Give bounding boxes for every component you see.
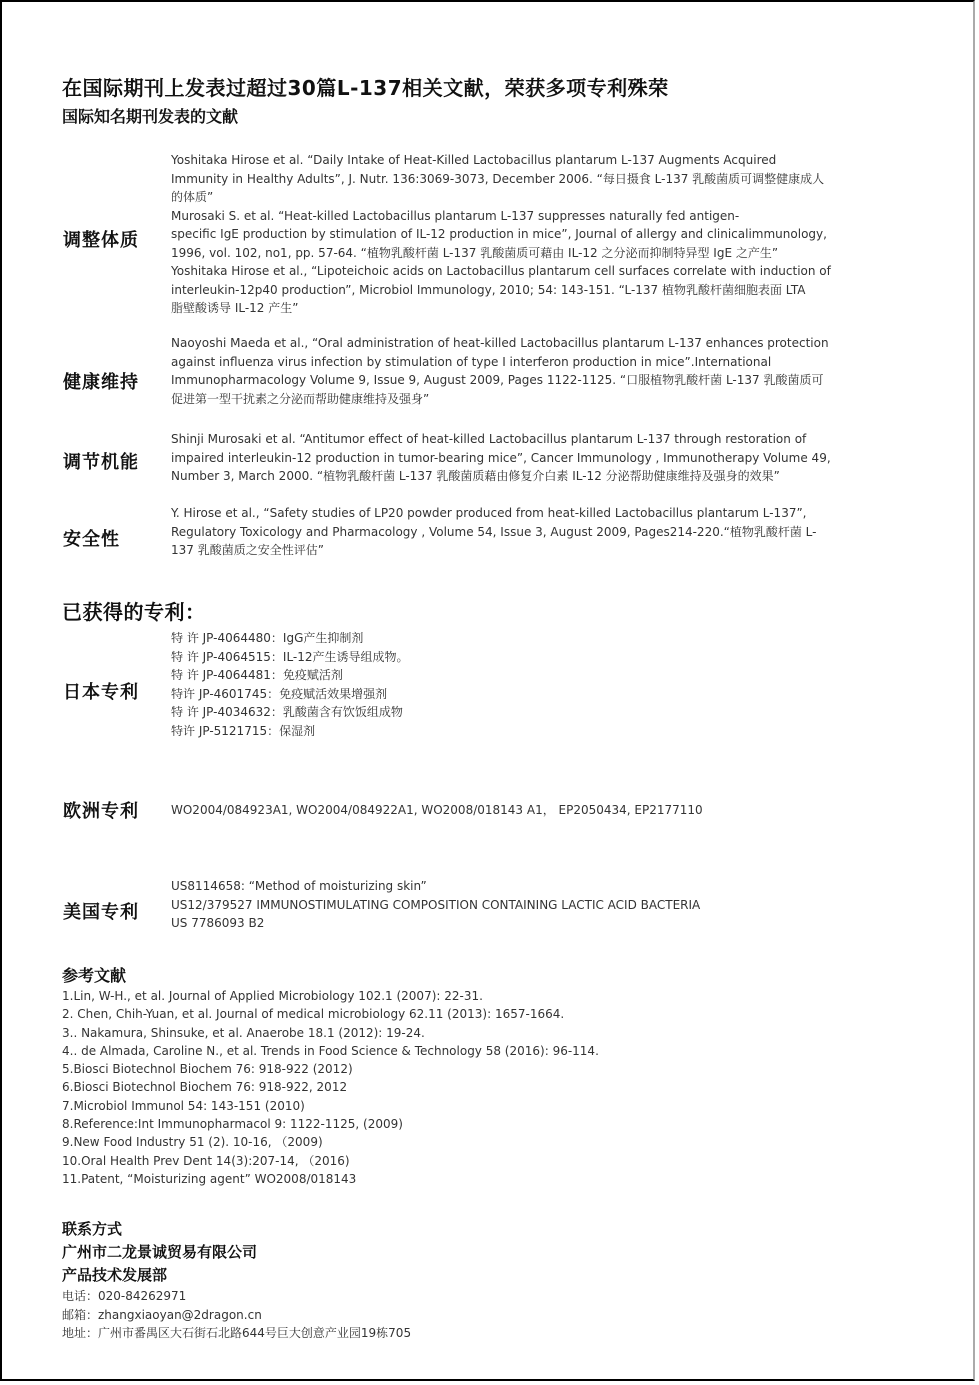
reference-item: 2. Chen, Chih-Yuan, et al. Journal of me…	[62, 1005, 599, 1023]
patent-list-usa: US8114658: “Method of moisturizing skin”…	[171, 877, 700, 933]
references-list: 1.Lin, W-H., et al. Journal of Applied M…	[62, 987, 599, 1188]
reference-item: 6.Biosci Biotechnol Biochem 76: 918-922,…	[62, 1078, 599, 1096]
reference-item: 1.Lin, W-H., et al. Journal of Applied M…	[62, 987, 599, 1005]
patent-item: 特 许 JP-4064480：IgG产生抑制剂	[171, 629, 409, 648]
patent-label-europe: 欧洲专利	[63, 797, 139, 823]
pub-line: specific IgE production by stimulation o…	[171, 225, 831, 244]
patent-item: 特 许 JP-4064481：免疫赋活剂	[171, 666, 409, 685]
reference-item: 9.New Food Industry 51 (2). 10-16, （2009…	[62, 1133, 599, 1151]
pub-line: Number 3, March 2000. “植物乳酸杆菌 L-137 乳酸菌质…	[171, 467, 831, 486]
reference-item: 3.. Nakamura, Shinsuke, et al. Anaerobe …	[62, 1024, 599, 1042]
pub-line: Immunity in Healthy Adults”, J. Nutr. 13…	[171, 170, 831, 189]
patent-item: US12/379527 IMMUNOSTIMULATING COMPOSITIO…	[171, 896, 700, 915]
pub-label-safety: 安全性	[63, 525, 120, 551]
pub-line: Y. Hirose et al., “Safety studies of LP2…	[171, 504, 817, 523]
pub-line: impaired interleukin-12 production in tu…	[171, 449, 831, 468]
patent-label-usa: 美国专利	[63, 898, 139, 924]
pub-line: Yoshitaka Hirose et al., “Lipoteichoic a…	[171, 262, 831, 281]
pub-block-constitution: Yoshitaka Hirose et al. “Daily Intake of…	[171, 151, 831, 318]
phone: 电话：020-84262971	[62, 1287, 411, 1306]
patent-list-europe: WO2004/084923A1, WO2004/084922A1, WO2008…	[171, 801, 703, 820]
reference-item: 10.Oral Health Prev Dent 14(3):207-14, （…	[62, 1152, 599, 1170]
page-subtitle: 国际知名期刊发表的文献	[62, 104, 238, 127]
patent-item: 特 许 JP-4034632：乳酸菌含有饮饭组成物	[171, 703, 409, 722]
pub-line: Regulatory Toxicology and Pharmacology ,…	[171, 523, 817, 542]
pub-line: 137 乳酸菌质之安全性评估”	[171, 541, 817, 560]
patents-heading: 已获得的专利：	[62, 596, 206, 625]
reference-item: 4.. de Almada, Caroline N., et al. Trend…	[62, 1042, 599, 1060]
address: 地址：广州市番禺区大石街石北路644号巨大创意产业园19栋705	[62, 1324, 411, 1343]
reference-item: 11.Patent, “Moisturizing agent” WO2008/0…	[62, 1170, 599, 1188]
pub-line: 的体质”	[171, 188, 831, 207]
pub-block-safety: Y. Hirose et al., “Safety studies of LP2…	[171, 504, 817, 560]
reference-item: 8.Reference:Int Immunopharmacol 9: 1122-…	[62, 1115, 599, 1133]
patent-label-japan: 日本专利	[63, 678, 139, 704]
patent-item: 特 许 JP-4064515：IL-12产生诱导组成物。	[171, 648, 409, 667]
pub-line: Shinji Murosaki et al. “Antitumor effect…	[171, 430, 831, 449]
pub-line: 1996, vol. 102, no1, pp. 57-64. “植物乳酸杆菌 …	[171, 244, 831, 263]
department-name: 产品技术发展部	[62, 1264, 411, 1287]
reference-item: 5.Biosci Biotechnol Biochem 76: 918-922 …	[62, 1060, 599, 1078]
pub-block-health: Naoyoshi Maeda et al., “Oral administrat…	[171, 334, 829, 408]
pub-line: 脂壁酸诱导 IL-12 产生”	[171, 299, 831, 318]
pub-line: Immunopharmacology Volume 9, Issue 9, Au…	[171, 371, 829, 390]
patent-item: 特许 JP-4601745：免疫赋活效果增强剂	[171, 685, 409, 704]
references-heading: 参考文献	[62, 963, 126, 986]
patent-item: US 7786093 B2	[171, 914, 700, 933]
patent-item: 特许 JP-5121715：保湿剂	[171, 722, 409, 741]
pub-line: Naoyoshi Maeda et al., “Oral administrat…	[171, 334, 829, 353]
patent-item: US8114658: “Method of moisturizing skin”	[171, 877, 700, 896]
pub-label-constitution: 调整体质	[63, 226, 139, 252]
pub-line: Yoshitaka Hirose et al. “Daily Intake of…	[171, 151, 831, 170]
pub-line: 促进第一型干扰素之分泌而帮助健康维持及强身”	[171, 390, 829, 409]
patent-list-japan: 特 许 JP-4064480：IgG产生抑制剂 特 许 JP-4064515：I…	[171, 629, 409, 740]
contact-block: 联系方式 广州市二龙景诚贸易有限公司 产品技术发展部 电话：020-842629…	[62, 1218, 411, 1343]
pub-label-health: 健康维持	[63, 368, 139, 394]
pub-line: against influenza virus infection by sti…	[171, 353, 829, 372]
reference-item: 7.Microbiol Immunol 54: 143-151 (2010)	[62, 1097, 599, 1115]
company-name: 广州市二龙景诚贸易有限公司	[62, 1241, 411, 1264]
email: 邮箱：zhangxiaoyan@2dragon.cn	[62, 1306, 411, 1325]
page-title: 在国际期刊上发表过超过30篇L-137相关文献，荣获多项专利殊荣	[62, 72, 669, 101]
pub-label-regulation: 调节机能	[63, 448, 139, 474]
contact-heading: 联系方式	[62, 1218, 411, 1241]
pub-line: Murosaki S. et al. “Heat-killed Lactobac…	[171, 207, 831, 226]
pub-block-regulation: Shinji Murosaki et al. “Antitumor effect…	[171, 430, 831, 486]
pub-line: interleukin-12p40 production”, Microbiol…	[171, 281, 831, 300]
patent-item: WO2004/084923A1, WO2004/084922A1, WO2008…	[171, 801, 703, 820]
